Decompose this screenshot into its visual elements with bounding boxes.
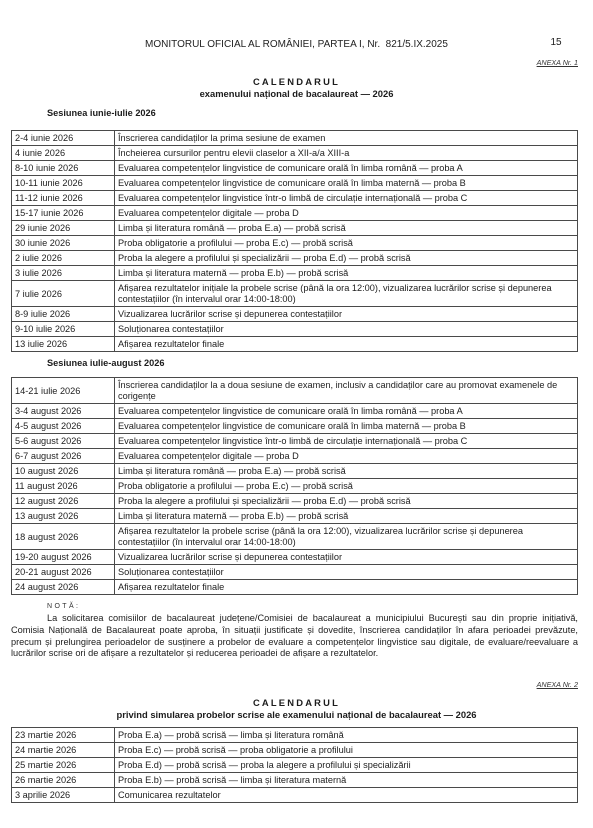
date-cell: 8-10 iunie 2026: [12, 161, 115, 176]
session-2-heading: Sesiunea iulie-august 2026: [47, 358, 164, 369]
table-row: 10 august 2026Limba și literatura română…: [12, 464, 578, 479]
activity-cell: Proba la alegere a profilului și special…: [115, 251, 578, 266]
session-1-table-body: 2-4 iunie 2026Înscrierea candidaților la…: [12, 131, 578, 352]
table-row: 2 iulie 2026Proba la alegere a profilulu…: [12, 251, 578, 266]
table-row: 23 martie 2026Proba E.a) — probă scrisă …: [12, 728, 578, 743]
date-cell: 24 martie 2026: [12, 743, 115, 758]
date-cell: 3 iulie 2026: [12, 266, 115, 281]
table-row: 13 august 2026Limba și literatura matern…: [12, 509, 578, 524]
date-cell: 6-7 august 2026: [12, 449, 115, 464]
publication-header: MONITORUL OFICIAL AL ROMÂNIEI, PARTEA I,…: [0, 39, 593, 51]
table-row: 7 iulie 2026Afișarea rezultatelor iniția…: [12, 281, 578, 307]
activity-cell: Vizualizarea lucrărilor scrise și depune…: [115, 550, 578, 565]
table-row: 12 august 2026Proba la alegere a profilu…: [12, 494, 578, 509]
activity-cell: Evaluarea competențelor digitale — proba…: [115, 206, 578, 221]
table-row: 24 martie 2026Proba E.c) — probă scrisă …: [12, 743, 578, 758]
activity-cell: Proba la alegere a profilului și special…: [115, 494, 578, 509]
date-cell: 11-12 iunie 2026: [12, 191, 115, 206]
activity-cell: Evaluarea competențelor lingvistice de c…: [115, 161, 578, 176]
date-cell: 25 martie 2026: [12, 758, 115, 773]
date-cell: 4 iunie 2026: [12, 146, 115, 161]
date-cell: 13 iulie 2026: [12, 337, 115, 352]
date-cell: 20-21 august 2026: [12, 565, 115, 580]
date-cell: 5-6 august 2026: [12, 434, 115, 449]
activity-cell: Limba și literatura maternă — proba E.b)…: [115, 266, 578, 281]
activity-cell: Vizualizarea lucrărilor scrise și depune…: [115, 307, 578, 322]
activity-cell: Evaluarea competențelor lingvistice de c…: [115, 404, 578, 419]
simulation-table: 23 martie 2026Proba E.a) — probă scrisă …: [11, 727, 578, 803]
table-row: 8-10 iunie 2026Evaluarea competențelor l…: [12, 161, 578, 176]
activity-cell: Evaluarea competențelor lingvistice într…: [115, 434, 578, 449]
table-row: 26 martie 2026Proba E.b) — probă scrisă …: [12, 773, 578, 788]
activity-cell: Limba și literatura română — proba E.a) …: [115, 464, 578, 479]
activity-cell: Proba obligatorie a profilului — proba E…: [115, 479, 578, 494]
activity-cell: Comunicarea rezultatelor: [115, 788, 578, 803]
activity-cell: Proba obligatorie a profilului — proba E…: [115, 236, 578, 251]
table-row: 24 august 2026Afișarea rezultatelor fina…: [12, 580, 578, 595]
date-cell: 10 august 2026: [12, 464, 115, 479]
table-row: 15-17 iunie 2026Evaluarea competențelor …: [12, 206, 578, 221]
session-1-heading: Sesiunea iunie-iulie 2026: [47, 108, 156, 119]
activity-cell: Afișarea rezultatelor la probele scrise …: [115, 524, 578, 550]
annex-1-subtitle: examenului național de bacalaureat — 202…: [0, 88, 593, 99]
annex-1-label: ANEXA Nr. 1: [537, 58, 578, 67]
activity-cell: Evaluarea competențelor digitale — proba…: [115, 449, 578, 464]
table-row: 14-21 iulie 2026Înscrierea candidaților …: [12, 378, 578, 404]
table-row: 19-20 august 2026Vizualizarea lucrărilor…: [12, 550, 578, 565]
activity-cell: Proba E.d) — probă scrisă — proba la ale…: [115, 758, 578, 773]
date-cell: 29 iunie 2026: [12, 221, 115, 236]
date-cell: 15-17 iunie 2026: [12, 206, 115, 221]
page-number: 15: [548, 37, 564, 49]
table-row: 18 august 2026Afișarea rezultatelor la p…: [12, 524, 578, 550]
date-cell: 26 martie 2026: [12, 773, 115, 788]
activity-cell: Proba E.b) — probă scrisă — limba și lit…: [115, 773, 578, 788]
table-row: 8-9 iulie 2026Vizualizarea lucrărilor sc…: [12, 307, 578, 322]
date-cell: 14-21 iulie 2026: [12, 378, 115, 404]
activity-cell: Limba și literatura maternă — proba E.b)…: [115, 509, 578, 524]
table-row: 11-12 iunie 2026Evaluarea competențelor …: [12, 191, 578, 206]
date-cell: 23 martie 2026: [12, 728, 115, 743]
date-cell: 24 august 2026: [12, 580, 115, 595]
date-cell: 10-11 iunie 2026: [12, 176, 115, 191]
annex-2-label: ANEXA Nr. 2: [537, 680, 578, 689]
date-cell: 12 august 2026: [12, 494, 115, 509]
activity-cell: Încheierea cursurilor pentru elevii clas…: [115, 146, 578, 161]
activity-cell: Soluționarea contestațiilor: [115, 565, 578, 580]
date-cell: 18 august 2026: [12, 524, 115, 550]
date-cell: 19-20 august 2026: [12, 550, 115, 565]
table-row: 9-10 iulie 2026Soluționarea contestațiil…: [12, 322, 578, 337]
date-cell: 11 august 2026: [12, 479, 115, 494]
annex-1-title: CALENDARUL: [0, 76, 593, 87]
activity-cell: Evaluarea competențelor lingvistice de c…: [115, 176, 578, 191]
table-row: 10-11 iunie 2026Evaluarea competențelor …: [12, 176, 578, 191]
table-row: 4-5 august 2026Evaluarea competențelor l…: [12, 419, 578, 434]
activity-cell: Afișarea rezultatelor inițiale la probel…: [115, 281, 578, 307]
date-cell: 13 august 2026: [12, 509, 115, 524]
activity-cell: Limba și literatura română — proba E.a) …: [115, 221, 578, 236]
table-row: 29 iunie 2026Limba și literatura română …: [12, 221, 578, 236]
table-row: 2-4 iunie 2026Înscrierea candidaților la…: [12, 131, 578, 146]
date-cell: 2-4 iunie 2026: [12, 131, 115, 146]
activity-cell: Afișarea rezultatelor finale: [115, 580, 578, 595]
activity-cell: Evaluarea competențelor lingvistice într…: [115, 191, 578, 206]
table-row: 20-21 august 2026Soluționarea contestați…: [12, 565, 578, 580]
annex-2-title: CALENDARUL: [0, 697, 593, 708]
date-cell: 8-9 iulie 2026: [12, 307, 115, 322]
activity-cell: Proba E.c) — probă scrisă — proba obliga…: [115, 743, 578, 758]
activity-cell: Evaluarea competențelor lingvistice de c…: [115, 419, 578, 434]
activity-cell: Afișarea rezultatelor finale: [115, 337, 578, 352]
session-1-table: 2-4 iunie 2026Înscrierea candidaților la…: [11, 130, 578, 352]
activity-cell: Înscrierea candidaților la prima sesiune…: [115, 131, 578, 146]
table-row: 3 aprilie 2026Comunicarea rezultatelor: [12, 788, 578, 803]
session-2-table-body: 14-21 iulie 2026Înscrierea candidaților …: [12, 378, 578, 595]
table-row: 13 iulie 2026Afișarea rezultatelor final…: [12, 337, 578, 352]
date-cell: 3 aprilie 2026: [12, 788, 115, 803]
date-cell: 4-5 august 2026: [12, 419, 115, 434]
table-row: 25 martie 2026Proba E.d) — probă scrisă …: [12, 758, 578, 773]
session-2-table: 14-21 iulie 2026Înscrierea candidaților …: [11, 377, 578, 595]
date-cell: 2 iulie 2026: [12, 251, 115, 266]
note-label: NOTĂ:: [47, 602, 80, 611]
table-row: 11 august 2026Proba obligatorie a profil…: [12, 479, 578, 494]
simulation-table-body: 23 martie 2026Proba E.a) — probă scrisă …: [12, 728, 578, 803]
table-row: 4 iunie 2026Încheierea cursurilor pentru…: [12, 146, 578, 161]
activity-cell: Proba E.a) — probă scrisă — limba și lit…: [115, 728, 578, 743]
table-row: 3-4 august 2026Evaluarea competențelor l…: [12, 404, 578, 419]
date-cell: 7 iulie 2026: [12, 281, 115, 307]
annex-2-subtitle: privind simularea probelor scrise ale ex…: [0, 709, 593, 720]
note-text: La solicitarea comisiilor de bacalaureat…: [11, 613, 578, 660]
table-row: 30 iunie 2026Proba obligatorie a profilu…: [12, 236, 578, 251]
table-row: 5-6 august 2026Evaluarea competențelor l…: [12, 434, 578, 449]
date-cell: 30 iunie 2026: [12, 236, 115, 251]
activity-cell: Înscrierea candidaților la a doua sesiun…: [115, 378, 578, 404]
table-row: 3 iulie 2026Limba și literatura maternă …: [12, 266, 578, 281]
table-row: 6-7 august 2026Evaluarea competențelor d…: [12, 449, 578, 464]
date-cell: 9-10 iulie 2026: [12, 322, 115, 337]
activity-cell: Soluționarea contestațiilor: [115, 322, 578, 337]
date-cell: 3-4 august 2026: [12, 404, 115, 419]
